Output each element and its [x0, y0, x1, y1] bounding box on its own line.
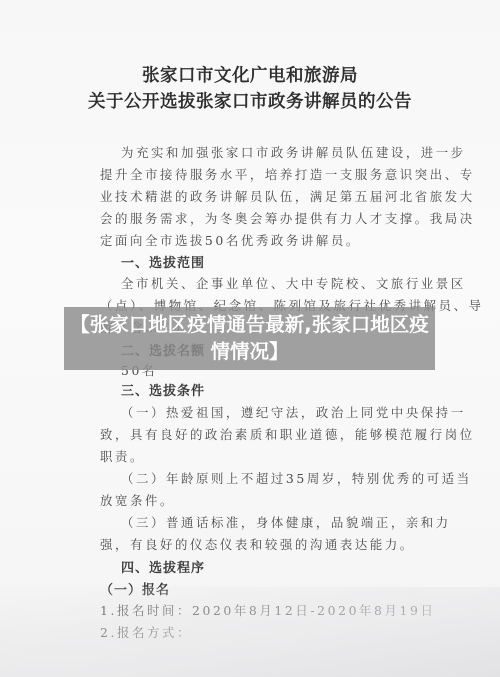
- headline-overlay-text: 【张家口地区疫情通告最新,张家口地区疫情情况】: [64, 311, 435, 365]
- intro-line: 会的服务需求，为冬奥会筹办提供有力人才支撑。我局决: [100, 209, 475, 227]
- section-heading-procedure: 四、选拔程序: [121, 557, 205, 576]
- body-line: （二）年龄原则上不超过35周岁，特别优秀的可适当: [121, 469, 472, 487]
- section-heading-scope: 一、选拔范围: [121, 252, 205, 271]
- body-line: 全市机关、企事业单位、大中专院校、文旅行业景区: [121, 274, 466, 292]
- body-line: 职责。: [100, 447, 145, 465]
- intro-line: 提升全市接待服务水平，培养打造一支服务意识突出、专: [100, 165, 475, 183]
- body-line: 致，具有良好的政治素质和职业道德，能够模范履行岗位: [100, 425, 475, 443]
- body-line: （三）普通话标准，身体健康，品貌端正，亲和力: [121, 513, 451, 531]
- document-title-subject: 关于公开选拔张家口市政务讲解员的公告: [0, 88, 500, 113]
- body-line: （一）热爱祖国，遵纪守法，政治上同党中央保持一: [121, 403, 466, 421]
- registration-method: 2.报名方式：: [100, 623, 192, 641]
- intro-line: 为充实和加强张家口市政务讲解员队伍建设，进一步: [121, 143, 466, 161]
- intro-line: 定面向全市选拔50名优秀政务讲解员。: [100, 231, 361, 249]
- document-title-issuer: 张家口市文化广电和旅游局: [0, 62, 500, 87]
- headline-overlay-banner: 【张家口地区疫情通告最新,张家口地区疫情情况】: [64, 307, 435, 370]
- body-line: 放宽条件。: [100, 491, 175, 509]
- registration-time: 1.报名时间：2020年8月12日-2020年8月19日: [100, 601, 435, 619]
- section-heading-conditions: 三、选拔条件: [121, 380, 205, 399]
- sub-heading-registration: （一）报名: [100, 579, 170, 598]
- intro-line: 业技术精湛的政务讲解员队伍，满足第五届河北省旅发大: [100, 187, 475, 205]
- body-line: 强，有良好的仪态仪表和较强的沟通表达能力。: [100, 535, 415, 553]
